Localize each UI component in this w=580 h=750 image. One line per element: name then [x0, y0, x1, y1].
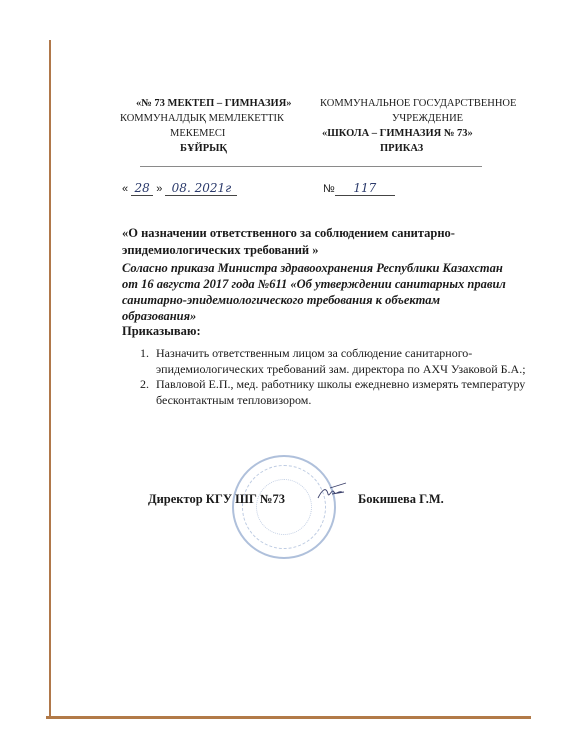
header-russian-type-2: УЧРЕЖДЕНИЕ	[306, 111, 520, 126]
order-title: «О назначении ответственного за соблюден…	[122, 225, 502, 259]
official-stamp	[232, 455, 336, 559]
signature-mark	[316, 480, 348, 502]
order-date: « 28 » 08. 2021г	[122, 181, 237, 196]
date-close-quote: »	[156, 183, 162, 195]
header-kazakh-school: «№ 73 МЕКТЕП – ГИМНАЗИЯ»	[112, 96, 292, 111]
header-separator	[140, 166, 482, 167]
date-month-year: 08. 2021г	[165, 181, 237, 196]
header-russian-type: КОММУНАЛЬНОЕ ГОСУДАРСТВЕННОЕ	[306, 96, 520, 111]
order-item: Павловой Е.П., мед. работнику школы ежед…	[152, 377, 532, 408]
page-edge-left	[49, 40, 51, 718]
order-heading: Приказываю:	[122, 324, 201, 339]
order-number: №117	[323, 181, 395, 196]
date-open-quote: «	[122, 183, 128, 195]
number-label: №	[323, 183, 335, 195]
page-edge-bottom	[46, 716, 531, 719]
signatory-position: Директор КГУ ШГ №73	[148, 492, 285, 507]
order-basis: Соласно приказа Министра здравоохранения…	[122, 260, 512, 324]
order-item: Назначить ответственным лицом за соблюде…	[152, 346, 532, 377]
header-kazakh: «№ 73 МЕКТЕП – ГИМНАЗИЯ» КОММУНАЛДЫҚ МЕМ…	[112, 96, 292, 156]
header-russian-doc-type: ПРИКАЗ	[306, 141, 520, 156]
header-kazakh-doc-type: БҰЙРЫҚ	[112, 141, 292, 156]
date-day: 28	[131, 181, 153, 196]
signatory-name: Бокишева Г.М.	[358, 492, 444, 507]
header-kazakh-type-2: МЕКЕМЕСІ	[112, 126, 292, 141]
header-russian-school: «ШКОЛА – ГИМНАЗИЯ № 73»	[306, 126, 520, 141]
order-items: Назначить ответственным лицом за соблюде…	[122, 346, 532, 408]
number-value: 117	[335, 181, 395, 196]
header-russian: КОММУНАЛЬНОЕ ГОСУДАРСТВЕННОЕ УЧРЕЖДЕНИЕ …	[306, 96, 520, 156]
header-kazakh-type: КОММУНАЛДЫҚ МЕМЛЕКЕТТІК	[112, 111, 292, 126]
